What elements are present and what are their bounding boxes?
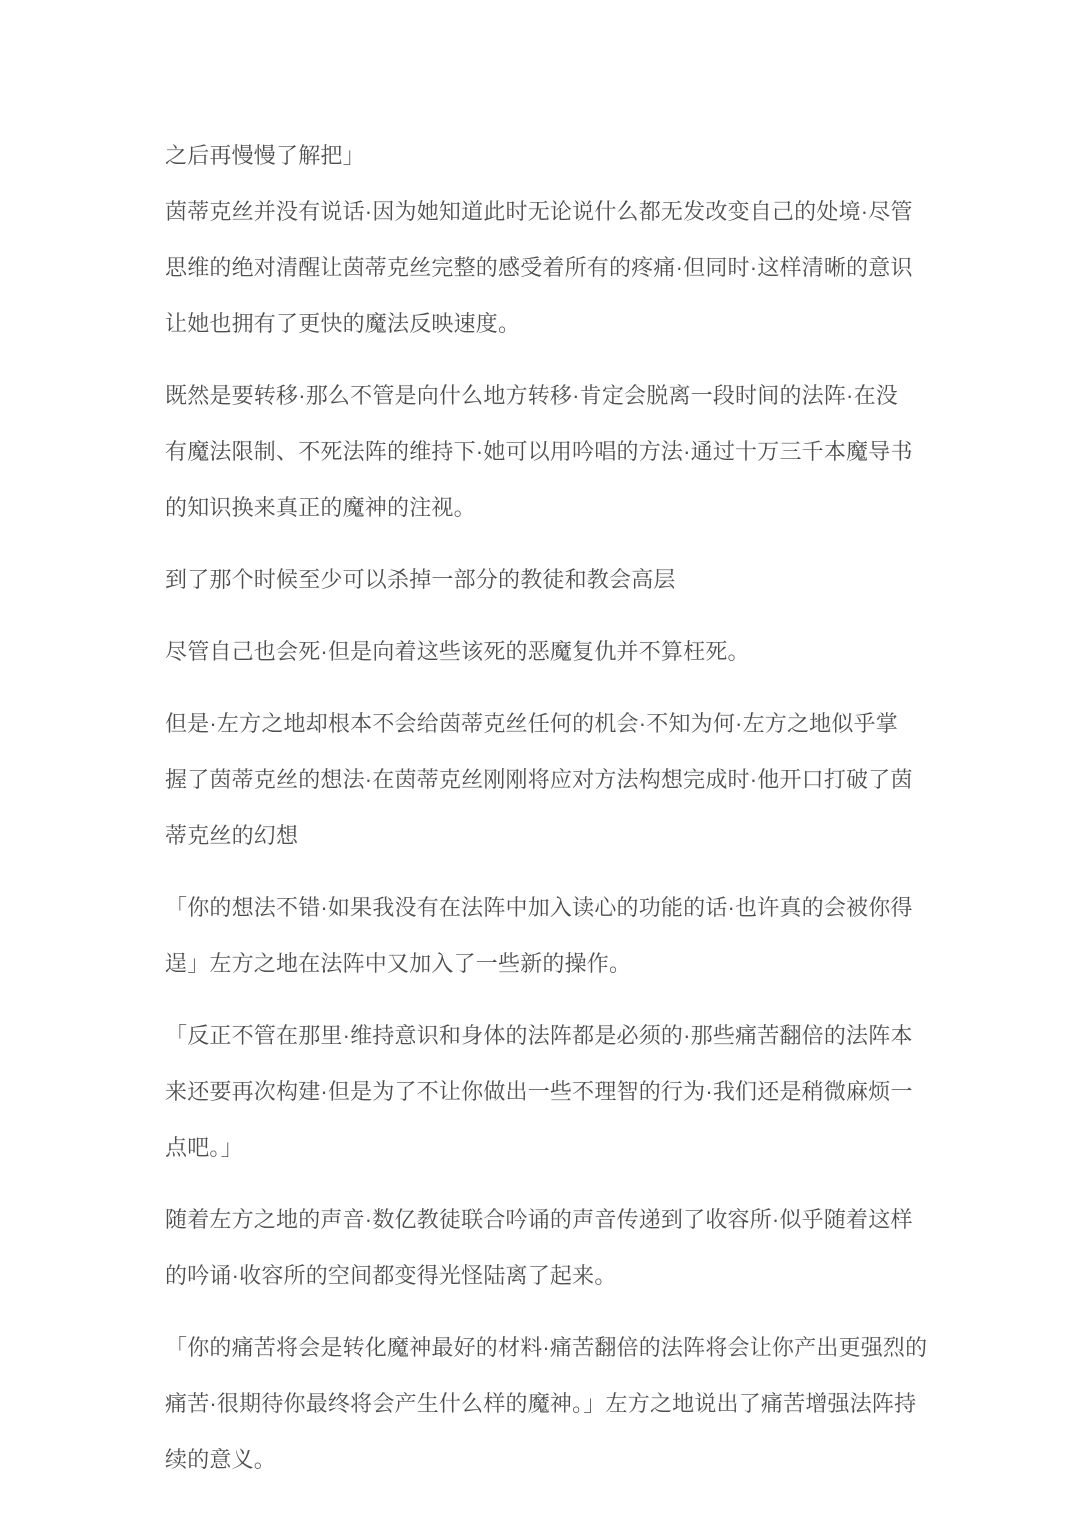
text-line: 有魔法限制、不死法阵的维持下·她可以用吟唱的方法·通过十万三千本魔导书 xyxy=(165,424,930,480)
text-line: 「你的痛苦将会是转化魔神最好的材料·痛苦翻倍的法阵将会让你产出更强烈的 xyxy=(165,1320,930,1376)
text-line: 思维的绝对清醒让茵蒂克丝完整的感受着所有的疼痛·但同时·这样清晰的意识 xyxy=(165,240,930,296)
text-line: 的知识换来真正的魔神的注视。 xyxy=(165,480,930,536)
paragraph: 之后再慢慢了解把」 xyxy=(165,128,930,184)
text-line: 茵蒂克丝并没有说话·因为她知道此时无论说什么都无发改变自己的处境·尽管 xyxy=(165,184,930,240)
text-line: 到了那个时候至少可以杀掉一部分的教徒和教会高层 xyxy=(165,552,930,608)
text-line: 但是·左方之地却根本不会给茵蒂克丝任何的机会·不知为何·左方之地似乎掌 xyxy=(165,696,930,752)
text-line: 既然是要转移·那么不管是向什么地方转移·肯定会脱离一段时间的法阵·在没 xyxy=(165,368,930,424)
text-line: 「你的想法不错·如果我没有在法阵中加入读心的功能的话·也许真的会被你得 xyxy=(165,880,930,936)
text-line: 点吧。」 xyxy=(165,1120,930,1176)
text-line: 的吟诵·收容所的空间都变得光怪陆离了起来。 xyxy=(165,1248,930,1304)
text-line: 来还要再次构建·但是为了不让你做出一些不理智的行为·我们还是稍微麻烦一 xyxy=(165,1064,930,1120)
novel-text-page: 之后再慢慢了解把」 茵蒂克丝并没有说话·因为她知道此时无论说什么都无发改变自己的… xyxy=(0,0,1080,1527)
text-line: 尽管自己也会死·但是向着这些该死的恶魔复仇并不算枉死。 xyxy=(165,624,930,680)
text-line: 「反正不管在那里·维持意识和身体的法阵都是必须的·那些痛苦翻倍的法阵本 xyxy=(165,1008,930,1064)
text-line: 续的意义。 xyxy=(165,1432,930,1488)
text-line: 蒂克丝的幻想 xyxy=(165,808,930,864)
text-line: 之后再慢慢了解把」 xyxy=(165,143,365,168)
text-line: 随着左方之地的声音·数亿教徒联合吟诵的声音传递到了收容所·似乎随着这样 xyxy=(165,1192,930,1248)
text-line: 逞」左方之地在法阵中又加入了一些新的操作。 xyxy=(165,936,930,992)
text-line: 握了茵蒂克丝的想法·在茵蒂克丝刚刚将应对方法构想完成时·他开口打破了茵 xyxy=(165,752,930,808)
text-line: 痛苦·很期待你最终将会产生什么样的魔神。」左方之地说出了痛苦增强法阵持 xyxy=(165,1376,930,1432)
text-line: 让她也拥有了更快的魔法反映速度。 xyxy=(165,296,930,352)
